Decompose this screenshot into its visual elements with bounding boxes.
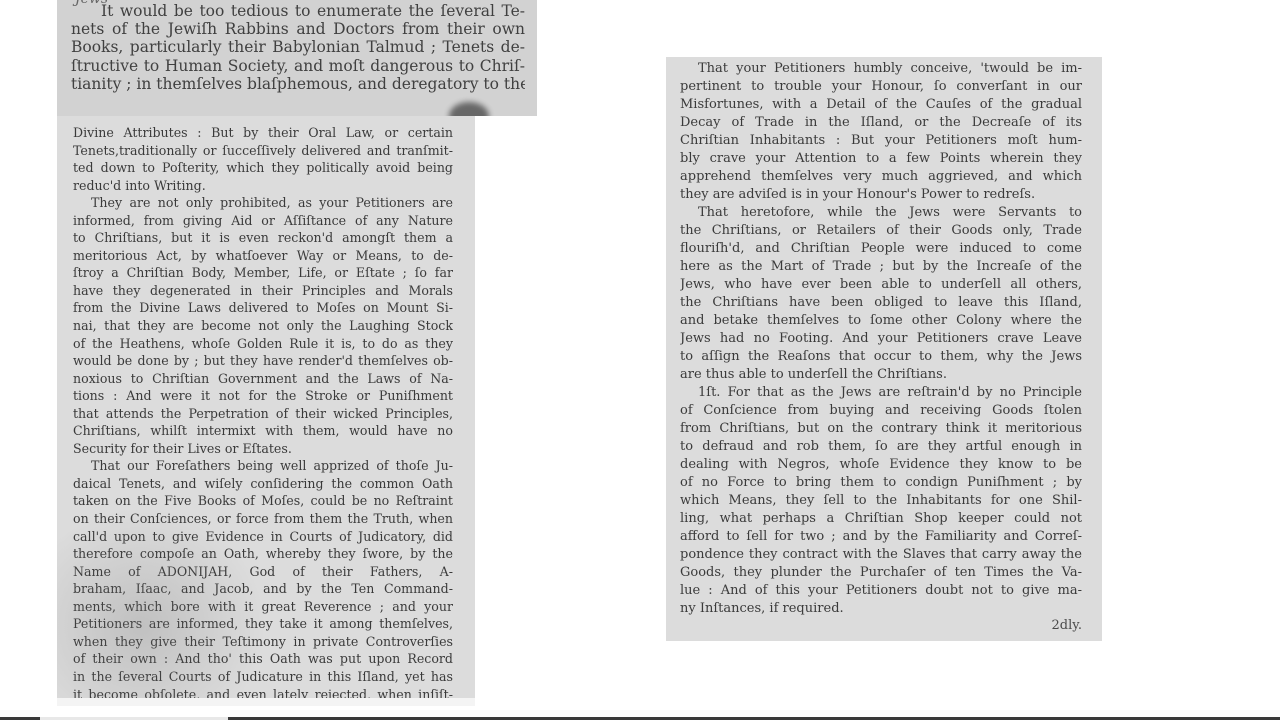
text-line: when they give their Teſtimony in privat… — [73, 633, 453, 651]
text-line: that attends the Perpetration of their w… — [73, 405, 453, 423]
paragraph-first-reason: 1ſt. For that as the Jews are reſtrain'd… — [680, 384, 1082, 618]
text-line: Chriſtian Inhabitants : But your Petitio… — [680, 132, 1082, 150]
text-line: nets of the Jewiſh Rabbins and Doctors f… — [71, 20, 525, 38]
text-line: 1ſt. For that as the Jews are reſtrain'd… — [680, 384, 1082, 402]
text-line: Tenets,traditionally or ſucceſſively del… — [73, 142, 453, 160]
text-line: Chriſtians, whilſt intermixt with them, … — [73, 422, 453, 440]
text-line: reduc'd into Writing. — [73, 177, 453, 195]
text-line: ments, which bore with it great Reverenc… — [73, 598, 453, 616]
scan-fragment-top: Jews It would be too tedious to enumerat… — [57, 0, 537, 116]
text-line: pondence they contract with the Slaves t… — [680, 546, 1082, 564]
text-line: in the ſeveral Courts of Judicature in t… — [73, 668, 453, 686]
text-line: and betake themſelves to ſome other Colo… — [680, 312, 1082, 330]
text-line: of their own : And tho' this Oath was pu… — [73, 650, 453, 668]
scan-edge — [57, 698, 475, 706]
text-line: meritorious Act, by whatſoever Way or Me… — [73, 247, 453, 265]
paragraph: It would be too tedious to enumerate the… — [101, 2, 525, 93]
text-line: lue : And of this your Petitioners doubt… — [680, 582, 1082, 600]
text-line: daical Tenets, and wiſely conſidering th… — [73, 475, 453, 493]
text-line: the Chriſtians have been obliged to leav… — [680, 294, 1082, 312]
text-line: Name of ADONIJAH, God of their Fathers, … — [73, 563, 453, 581]
text-line: That our Foreſathers being well apprized… — [73, 457, 453, 475]
paragraph-forefathers: That our Foreſathers being well apprized… — [73, 457, 453, 706]
text-line: ſtroy a Chriſtian Body, Member, Life, or… — [73, 264, 453, 282]
text-line: Misfortunes, with a Detail of the Cauſes… — [680, 96, 1082, 114]
text-line: ſtructive to Human Society, and moſt dan… — [71, 57, 525, 75]
paragraph-petitioners-conceive: That your Petitioners humbly conceive, '… — [680, 60, 1082, 204]
text-line: informed, from giving Aid or Aſſiſtance … — [73, 212, 453, 230]
text-line: Jews, who have ever been able to underſe… — [680, 276, 1082, 294]
scan-column-right: That your Petitioners humbly conceive, '… — [666, 57, 1102, 641]
text-line: afford to ſell for two ; and by the Fami… — [680, 528, 1082, 546]
text-line: call'd upon to give Evidence in Courts o… — [73, 528, 453, 546]
catchword: 2dly. — [1051, 617, 1082, 635]
text-line: Books, particularly their Babylonian Tal… — [71, 38, 525, 56]
scan-column-left: Divine Attributes : But by their Oral La… — [57, 116, 475, 706]
text-line: therefore compoſe an Oath, whereby they … — [73, 545, 453, 563]
text-line: Decay of Trade in the Iſland, or the Dec… — [680, 114, 1082, 132]
text-line: of Conſcience from buying and receiving … — [680, 402, 1082, 420]
text-line: to aſſign the Reaſons that occur to them… — [680, 348, 1082, 366]
text-line: to defraud and rob them, ſo are they art… — [680, 438, 1082, 456]
ink-smudge — [449, 102, 489, 116]
paragraph-heretofore: That heretofore, while the Jews were Ser… — [680, 204, 1082, 384]
text-line: Petitioners are informed, they take it a… — [73, 615, 453, 633]
text-line: here as the Mart of Trade ; but by the I… — [680, 258, 1082, 276]
text-line: apprehend themſelves very much aggrieved… — [680, 168, 1082, 186]
text-line: of the Heathens, whoſe Golden Rule it is… — [73, 335, 453, 353]
text-line: from the Divine Laws delivered to Moſes … — [73, 299, 453, 317]
paragraph-divine-attributes: Divine Attributes : But by their Oral La… — [73, 124, 453, 194]
text-line: ted down to Poſterity, which they politi… — [73, 159, 453, 177]
text-line: which Means, they ſell to the Inhabitant… — [680, 492, 1082, 510]
text-line: they are adviſed is in your Honour's Pow… — [680, 186, 1082, 204]
text-line: the Chriſtians, or Retailers of their Go… — [680, 222, 1082, 240]
text-line: on their Conſciences, or force from them… — [73, 510, 453, 528]
text-line: Divine Attributes : But by their Oral La… — [73, 124, 453, 142]
text-line: ny Inſtances, if required. — [680, 600, 1082, 618]
text-line: dealing with Negros, whoſe Evidence they… — [680, 456, 1082, 474]
text-line: They are not only prohibited, as your Pe… — [73, 194, 453, 212]
text-line: That your Petitioners humbly conceive, '… — [680, 60, 1082, 78]
text-line: tions : And were it not for the Stroke o… — [73, 387, 453, 405]
paragraph-prohibited: They are not only prohibited, as your Pe… — [73, 194, 453, 457]
text-line: would be done by ; but they have render'… — [73, 352, 453, 370]
text-line: from Chriſtians, but on the contrary thi… — [680, 420, 1082, 438]
text-line: Jews had no Footing. And your Petitioner… — [680, 330, 1082, 348]
text-line: to Chriſtians, but it is even reckon'd a… — [73, 229, 453, 247]
header-fragment: Jews — [75, 0, 108, 8]
text-line: bly crave your Attention to a few Points… — [680, 150, 1082, 168]
text-line: of no Force to bring them to condign Pun… — [680, 474, 1082, 492]
text-line: braham, Iſaac, and Jacob, and by the Ten… — [73, 580, 453, 598]
text-line: It would be too tedious to enumerate the… — [101, 2, 525, 20]
text-line: have they degenerated in their Principle… — [73, 282, 453, 300]
text-line: That heretofore, while the Jews were Ser… — [680, 204, 1082, 222]
text-line: pertinent to trouble your Honour, ſo con… — [680, 78, 1082, 96]
text-line: tianity ; in themſelves blaſphemous, and… — [71, 75, 525, 93]
text-line: are thus able to underſell the Chriſtian… — [680, 366, 1082, 384]
text-line: nai, that they are become not only the L… — [73, 317, 453, 335]
text-line: flouriſh'd, and Chriſtian People were in… — [680, 240, 1082, 258]
text-line: Security for their Lives or Eſtates. — [73, 440, 453, 458]
text-line: ling, what perhaps a Chriſtian Shop keep… — [680, 510, 1082, 528]
text-line: taken on the Five Books of Moſes, could … — [73, 492, 453, 510]
text-line: Goods, they plunder the Purchaſer of ten… — [680, 564, 1082, 582]
text-line: noxious to Chriſtian Government and the … — [73, 370, 453, 388]
